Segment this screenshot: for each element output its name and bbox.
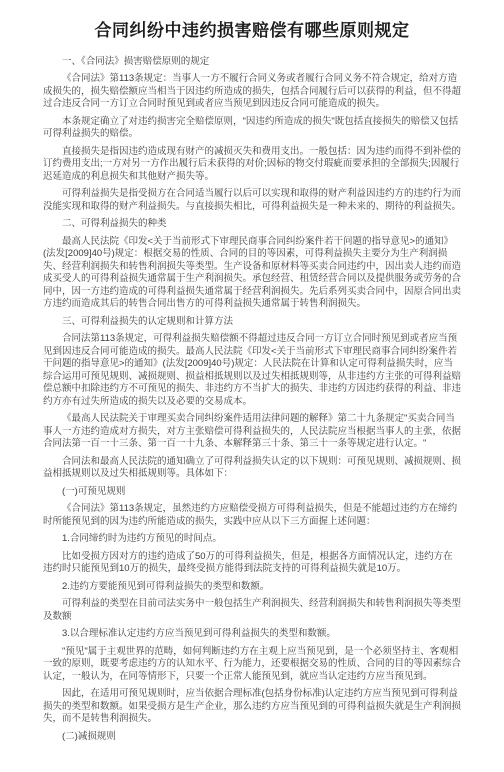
paragraph: 《最高人民法院关于审理买卖合同纠纷案件适用法律问题的解释》第二十九条规定"买卖合…: [43, 413, 461, 451]
article-page: 合同纠纷中违约损害赔偿有哪些原则规定 一、《合同法》损害赔偿原则的规定 《合同法…: [0, 0, 504, 772]
section-heading-1: 一、《合同法》损害赔偿原则的规定: [43, 56, 461, 69]
section-heading-2: 二、可得利益损失的种类: [43, 218, 461, 231]
sub-heading: (一)可预见规则: [43, 486, 461, 499]
paragraph: 因此，在适用可预见规则时，应当依据合理标准(包括身份标准)认定违约方应当预见到可…: [43, 688, 461, 726]
sub-heading: 3.以合理标准认定违约方应当预见到可得利益损失的类型和数额。: [43, 628, 461, 641]
sub-heading: 2.违约方要能预见到可得利益损失的类型和数额。: [43, 581, 461, 594]
paragraph: 合同法和最高人民法院的通知确立了可得利益损失认定的以下规则：可预见规则、减损规则…: [43, 456, 461, 481]
paragraph: 《合同法》第113条规定，虽然违约方应赔偿受损方可得利益损失，但是不能超过违约方…: [43, 503, 461, 528]
paragraph: 最高人民法院《印发<关于当前形式下审理民商事合同纠纷案件若干问题的指导意见>的通…: [43, 236, 461, 311]
sub-heading: (二)减损规则: [43, 731, 461, 744]
section-heading-3: 三、可得利益损失的认定规则和计算方法: [43, 316, 461, 329]
paragraph: 可得利益损失是指受损方在合同适当履行以后可以实现和取得的财产利益因违约方的违约行…: [43, 188, 461, 213]
page-title: 合同纠纷中违约损害赔偿有哪些原则规定: [43, 20, 461, 43]
paragraph: 合同法第113条规定，可得利益损失赔偿额不得超过违反合同一方订立合同时预见到或者…: [43, 333, 461, 408]
paragraph: 本条规定确立了对违约损害完全赔偿原则，"因违约所造成的损失"既包括直接损失的赔偿…: [43, 116, 461, 141]
paragraph: 直接损失是指因违约造成现有财产的减损灭失和费用支出。一般包括：因为违约而得不到补…: [43, 146, 461, 184]
paragraph: "预见"属于主观世界的范畴，如何判断违约方在主观上应当预见到，是一个必须坚持主、…: [43, 646, 461, 684]
sub-heading: 1.合同缔约时为违约方预见的时间点。: [43, 533, 461, 546]
paragraph: 可得利益的类型在目前司法实务中一般包括生产利润损失、经营利润损失和转售利润损失等…: [43, 598, 461, 623]
paragraph: 比如受损方因对方的违约造成了50万的可得利益损失，但是，根据各方面情况认定，违约…: [43, 551, 461, 576]
paragraph: 《合同法》第113条规定：当事人一方不履行合同义务或者履行合同义务不符合规定，给…: [43, 73, 461, 111]
